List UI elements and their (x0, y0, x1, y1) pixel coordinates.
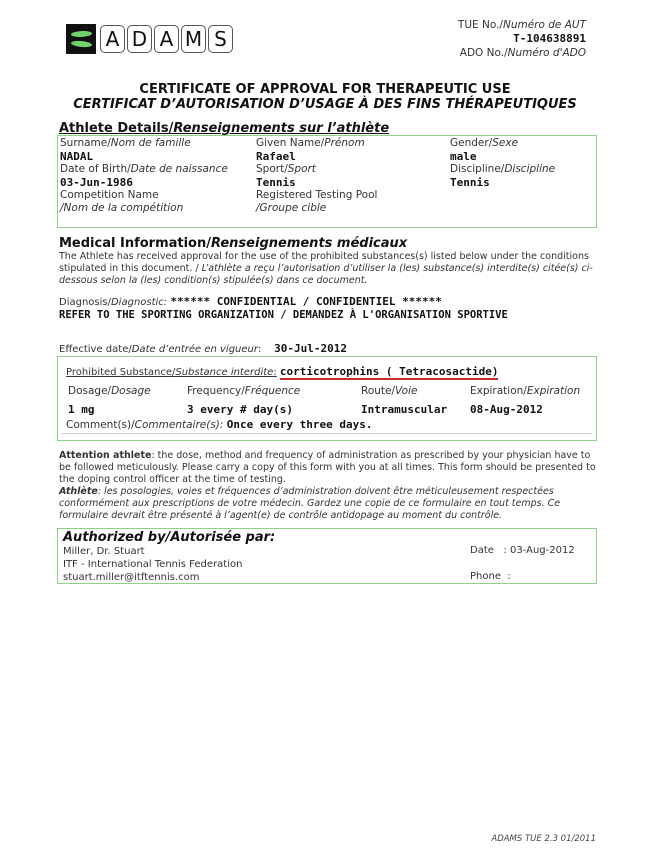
authorizer-email: stuart.miller@itftennis.com (63, 571, 242, 584)
diagnosis-refer: REFER TO THE SPORTING ORGANIZATION / DEM… (59, 309, 604, 322)
dob-label: Date of Birth/Date de naissance (60, 163, 250, 176)
authorized-phone: Phone : (470, 571, 511, 583)
attention-en: Attention athlete: the dose, method and … (59, 450, 604, 486)
route-value: Intramuscular (361, 403, 447, 416)
dob-value: 03-Jun-1986 (60, 176, 250, 189)
pool-label-fr: /Groupe cible (256, 202, 446, 215)
ado-label: ADO No./Numéro d'ADO (458, 46, 586, 60)
dosage-value: 1 mg (68, 403, 95, 416)
logo-letter: A (154, 25, 179, 53)
logo-letter: S (208, 25, 233, 53)
athlete-details-heading: Athlete Details/Renseignements sur l’ath… (59, 121, 389, 136)
effective-date-value: 30-Jul-2012 (274, 342, 347, 355)
expiration-value: 08-Aug-2012 (470, 403, 543, 416)
logo-letter: D (127, 25, 152, 53)
tue-number: T-104638891 (458, 32, 586, 46)
diagnosis-value: ****** CONFIDENTIAL / CONFIDENTIEL *****… (170, 295, 442, 308)
authorized-date: Date : 03-Aug-2012 (470, 545, 575, 557)
adams-logo: A D A M S (66, 24, 233, 54)
substance-separator (62, 433, 592, 434)
effective-date: Effective date/Date d’entrée en vigueur:… (59, 342, 347, 356)
title-fr: CERTIFICAT D’AUTORISATION D’USAGE À DES … (0, 97, 650, 112)
diagnosis: Diagnosis/Diagnostic: ****** CONFIDENTIA… (59, 295, 604, 322)
comment: Comment(s)/Commentaire(s): Once every th… (66, 418, 372, 432)
substance-line: Prohibited Substance/Substance interdite… (66, 365, 498, 379)
page-title: CERTIFICATE OF APPROVAL FOR THERAPEUTIC … (0, 82, 650, 112)
gender-label: Gender/Sexe (450, 137, 590, 150)
tue-number-block: TUE No./Numéro de AUT T-104638891 ADO No… (458, 18, 586, 60)
discipline-label: Discipline/Discipline (450, 163, 590, 176)
surname-value: NADAL (60, 150, 250, 163)
logo-letter: M (181, 25, 206, 53)
competition-label-en: Competition Name (60, 189, 250, 202)
authorized-box: Authorized by/Autorisée par: Miller, Dr.… (57, 528, 597, 584)
expiration-label: Expiration/Expiration (470, 385, 580, 398)
authorizer-organization: ITF - International Tennis Federation (63, 558, 242, 571)
athlete-details-box: Surname/Nom de famille NADAL Date of Bir… (57, 135, 597, 228)
frequency-label: Frequency/Fréquence (187, 385, 300, 398)
logo-letter: A (100, 25, 125, 53)
substance-box: Prohibited Substance/Substance interdite… (57, 356, 597, 441)
authorized-heading: Authorized by/Autorisée par: (63, 530, 275, 545)
adams-leaf-icon (66, 24, 96, 54)
sport-label: Sport/Sport (256, 163, 446, 176)
comment-value: Once every three days. (227, 418, 373, 431)
frequency-value: 3 every # day(s) (187, 403, 293, 416)
discipline-value: Tennis (450, 176, 590, 189)
authorizer-name: Miller, Dr. Stuart (63, 545, 242, 558)
gender-value: male (450, 150, 590, 163)
pool-label-en: Registered Testing Pool (256, 189, 446, 202)
substance-name: corticotrophins ( Tetracosactide) (280, 365, 499, 380)
medical-info-heading: Medical Information/Renseignements médic… (59, 236, 407, 251)
medical-intro: The Athlete has received approval for th… (59, 251, 599, 287)
competition-label-fr: /Nom de la compétition (60, 202, 250, 215)
attention-fr: Athlète: les posologies, voies et fréque… (59, 486, 604, 522)
given-name-label: Given Name/Prénom (256, 137, 446, 150)
authorizer-details: Miller, Dr. Stuart ITF - International T… (63, 545, 242, 584)
sport-value: Tennis (256, 176, 446, 189)
surname-label: Surname/Nom de famille (60, 137, 250, 150)
version-footer: ADAMS TUE 2.3 01/2011 (491, 834, 596, 844)
title-en: CERTIFICATE OF APPROVAL FOR THERAPEUTIC … (0, 82, 650, 97)
dosage-label: Dosage/Dosage (68, 385, 151, 398)
given-name-value: Rafael (256, 150, 446, 163)
route-label: Route/Voie (361, 385, 417, 398)
tue-label: TUE No./Numéro de AUT (458, 18, 586, 32)
